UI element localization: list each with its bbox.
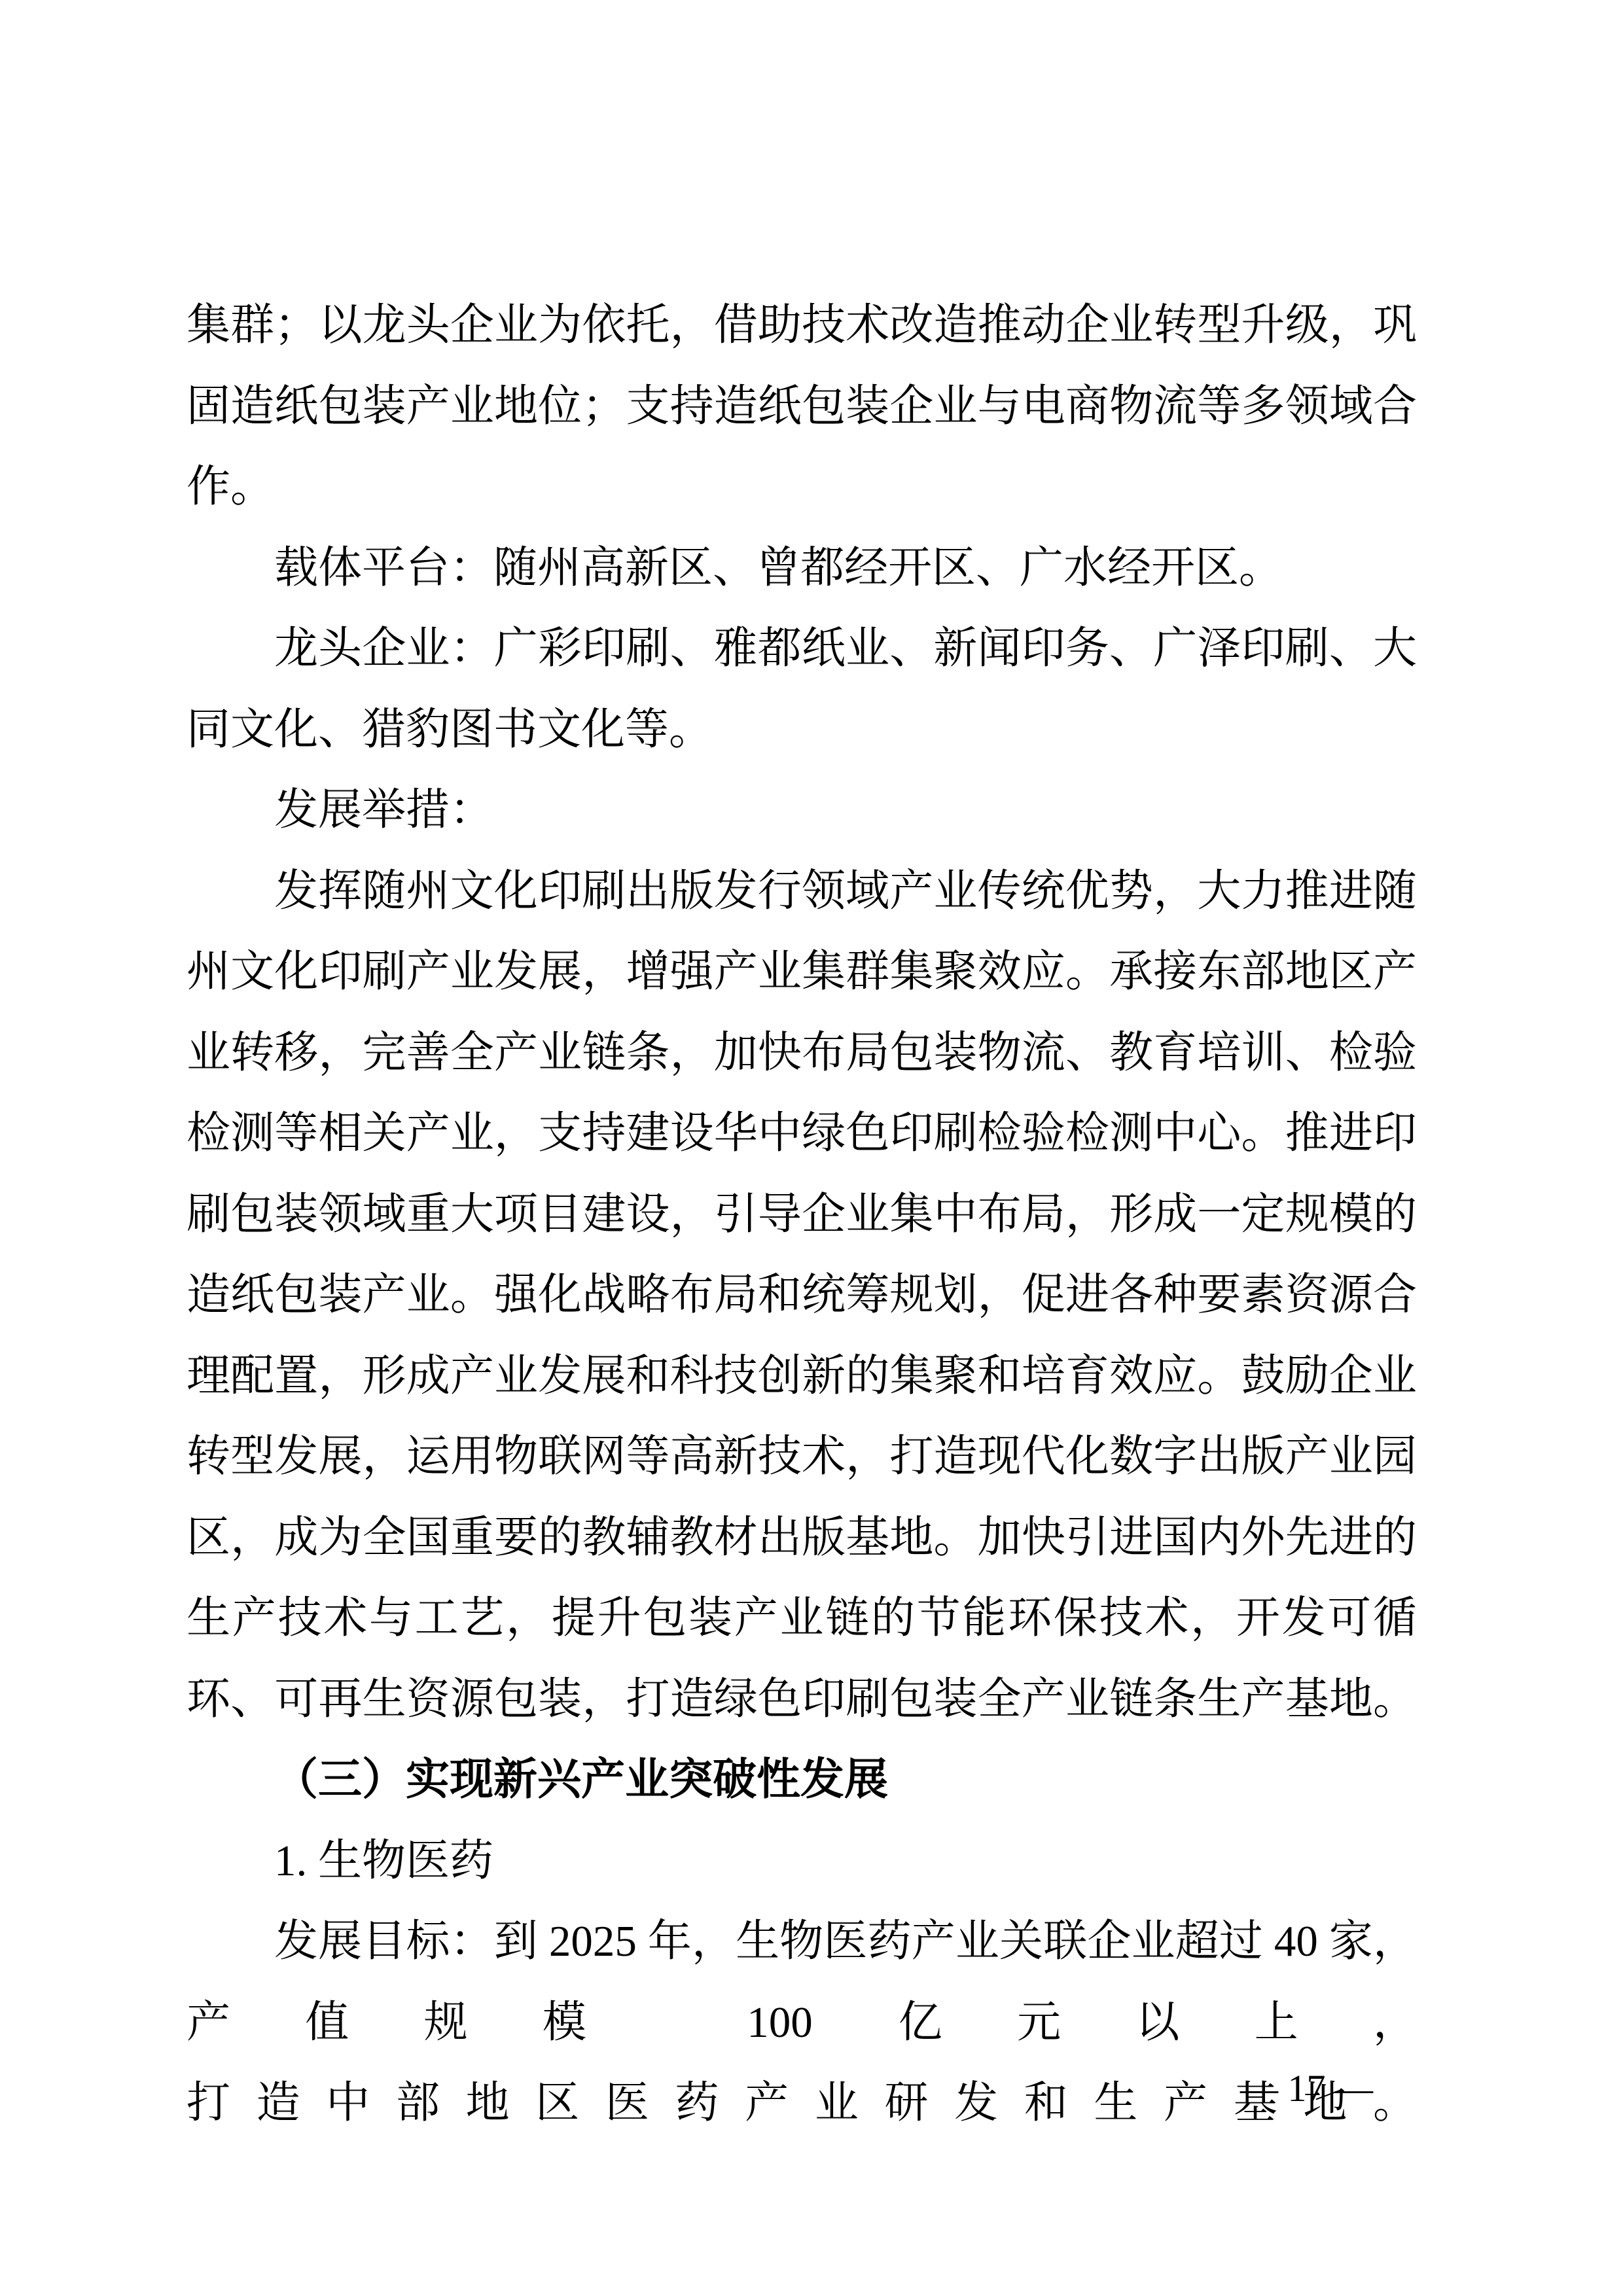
text-line: 固造纸包装产业地位；支持造纸包装企业与电商物流等多领域合 (187, 366, 1417, 448)
list-item-number: 1. 生物医药 (187, 1821, 1417, 1902)
text-line: 载体平台：随州高新区、曾都经开区、广水经开区。 (187, 528, 1417, 609)
text-line: 集群；以龙头企业为依托，借助技术改造推动企业转型升级，巩 (187, 285, 1417, 366)
text-line: 业转移，完善全产业链条，加快布局包装物流、教育培训、检验 (187, 1013, 1417, 1094)
text-line: 州文化印刷产业发展，增强产业集群集聚效应。承接东部地区产 (187, 932, 1417, 1013)
text-line: 理配置，形成产业发展和科技创新的集聚和培育效应。鼓励企业 (187, 1336, 1417, 1417)
text-line: 龙头企业：广彩印刷、雅都纸业、新闻印务、广泽印刷、大 (187, 609, 1417, 690)
text-line: 发展举措： (187, 770, 1417, 851)
text-line: 环、可再生资源包装，打造绿色印刷包装全产业链条生产基地。 (187, 1659, 1417, 1740)
text-line: 区，成为全国重要的教辅教材出版基地。加快引进国内外先进的 (187, 1498, 1417, 1579)
text-line: 发挥随州文化印刷出版发行领域产业传统优势，大力推进随 (187, 851, 1417, 932)
text-line: 刷包装领域重大项目建设，引导企业集中布局，形成一定规模的 (187, 1174, 1417, 1256)
text-line: 作。 (187, 447, 1417, 528)
text-line: 发展目标：到 2025 年，生物医药产业关联企业超过 40 家， (187, 1901, 1417, 1983)
text-line: 造纸包装产业。强化战略布局和统筹规划，促进各种要素资源合 (187, 1255, 1417, 1336)
document-body: 集群；以龙头企业为依托，借助技术改造推动企业转型升级，巩固造纸包装产业地位；支持… (187, 285, 1417, 2144)
document-page: 集群；以龙头企业为依托，借助技术改造推动企业转型升级，巩固造纸包装产业地位；支持… (0, 0, 1623, 2296)
text-line: 检测等相关产业，支持建设华中绿色印刷检验检测中心。推进印 (187, 1093, 1417, 1174)
text-line: 同文化、猎豹图书文化等。 (187, 690, 1417, 771)
section-heading: （三）实现新兴产业突破性发展 (187, 1740, 1417, 1821)
text-line: 转型发展，运用物联网等高新技术，打造现代化数字出版产业园 (187, 1417, 1417, 1498)
text-line: 产值规模 100 亿元以上，打造中部地区医药产业研发和生产基地。 (187, 1983, 1417, 2144)
text-line: 生产技术与工艺，提升包装产业链的节能环保技术，开发可循 (187, 1578, 1417, 1659)
page-number: — 17 — (1240, 2068, 1373, 2110)
